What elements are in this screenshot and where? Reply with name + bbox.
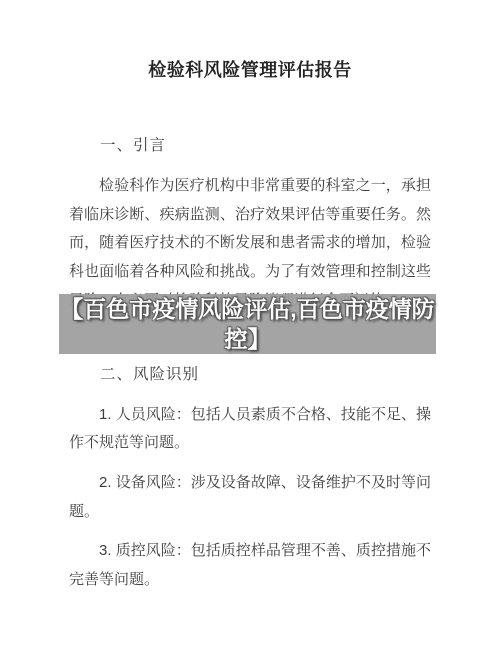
section-heading-introduction: 一、引言 [69,133,431,159]
risk-item-personnel: 1. 人员风险：包括人员素质不合格、技能不足、操作不规范等问题。 [69,401,431,458]
section-risk-identification: 二、风险识别 1. 人员风险：包括人员素质不合格、技能不足、操作不规范等问题。 … [69,362,431,595]
risk-item-quality-control: 3. 质控风险：包括质控样品管理不善、质控措施不完善等问题。 [69,537,431,594]
risk-item-equipment: 2. 设备风险：涉及设备故障、设备维护不及时等问题。 [69,469,431,526]
section-heading-risk-identification: 二、风险识别 [69,362,431,388]
section-introduction: 一、引言 检验科作为医疗机构中非常重要的科室之一，承担着临床诊断、疾病监测、治疗… [69,133,431,316]
document-title: 检验科风险管理评估报告 [69,57,431,83]
watermark-text: 【百色市疫情风险评估,百色市疫情防控】 [60,294,435,354]
document-page: 检验科风险管理评估报告 一、引言 检验科作为医疗机构中非常重要的科室之一，承担着… [0,0,500,647]
watermark-banner: 【百色市疫情风险评估,百色市疫情防控】 [59,294,436,354]
